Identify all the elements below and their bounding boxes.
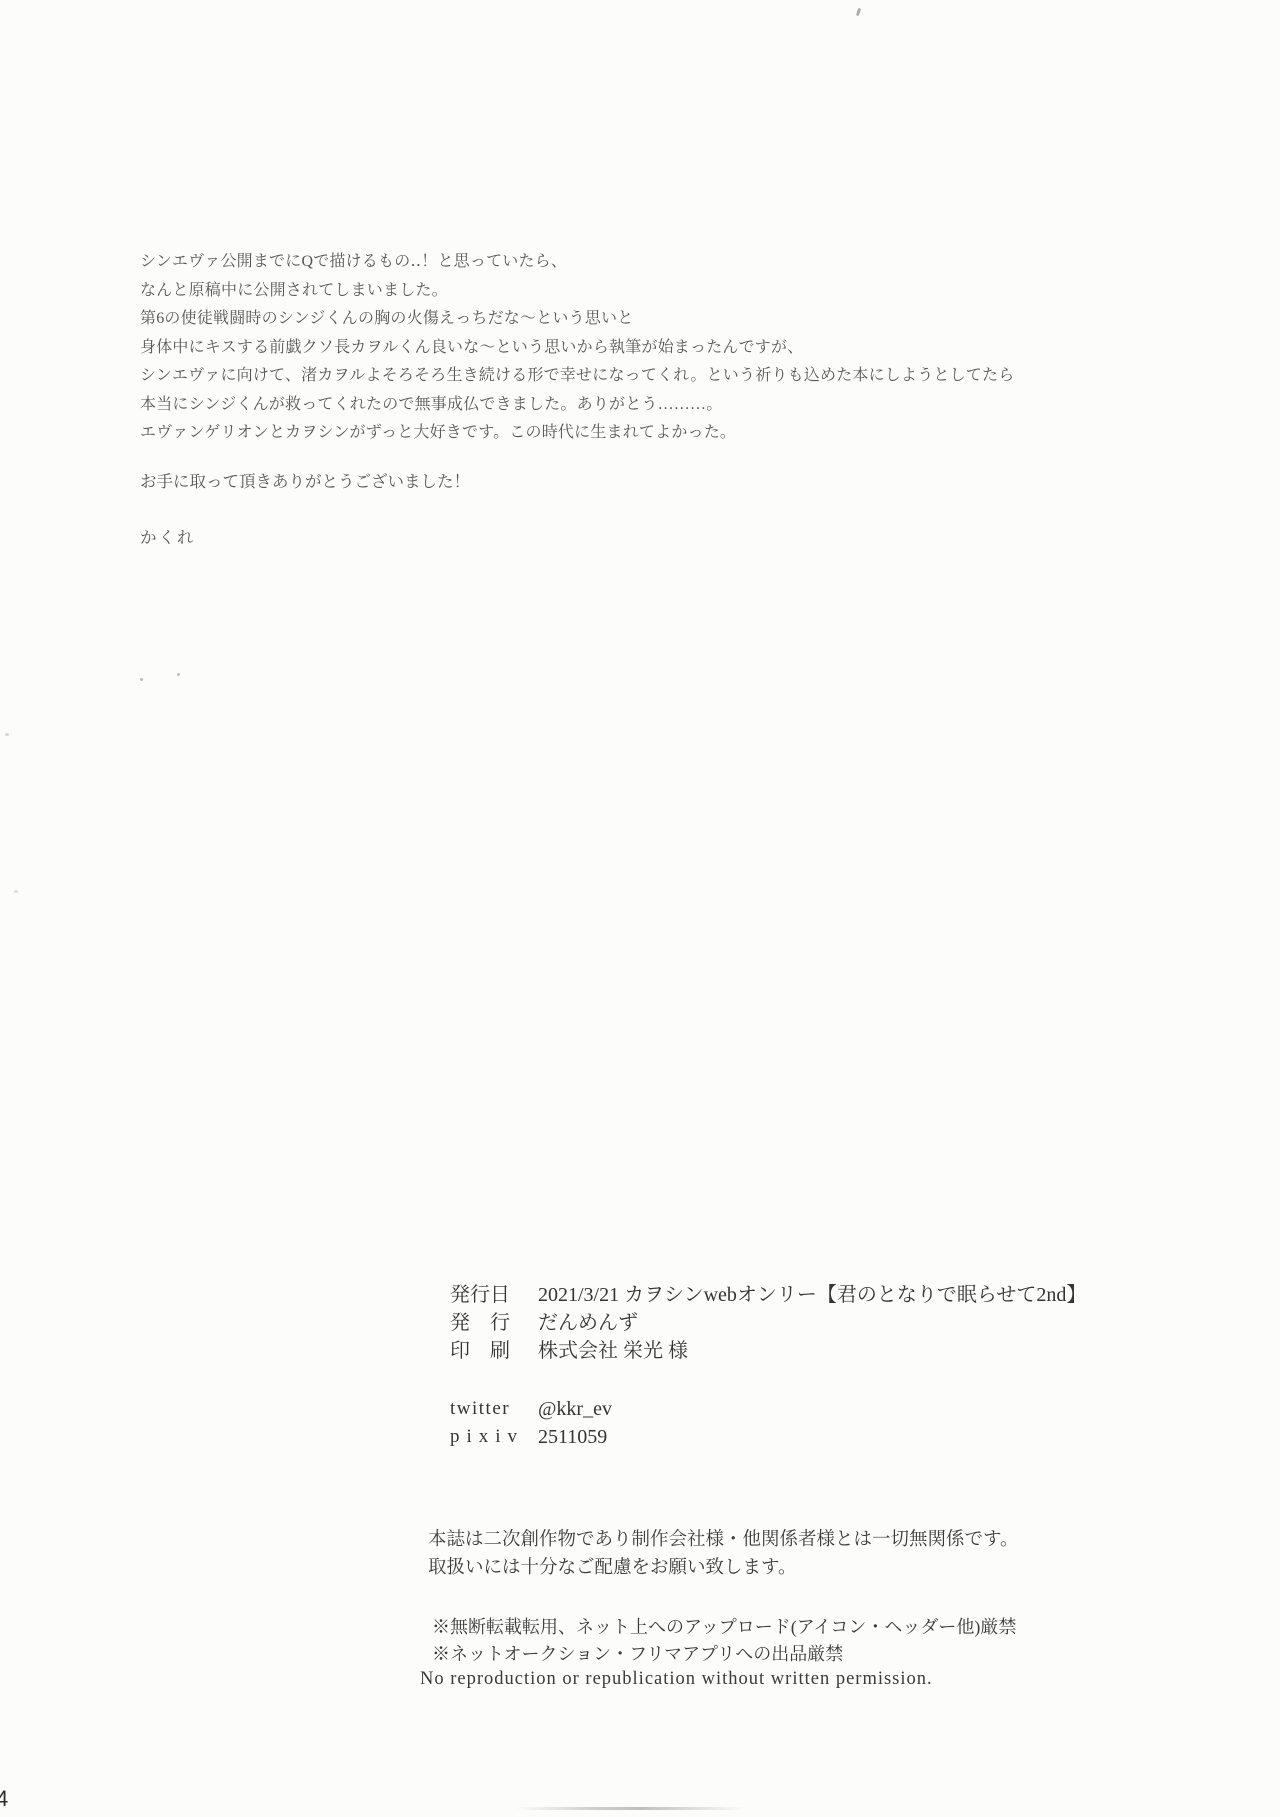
afterword-line: 本当にシンジくんが救ってくれたので無事成仏できました。ありがとう………。 [140, 391, 1014, 420]
twitter-label: twitter [450, 1395, 538, 1423]
afterword-line: シンエヴァ公開までにQで描けるもの‥！と思っていたら、 [140, 248, 1014, 277]
thanks-line: お手に取って頂きありがとうございました！ [140, 468, 470, 492]
publisher-value: だんめんず [538, 1309, 638, 1337]
afterword-line: なんと原稿中に公開されてしまいました。 [140, 277, 1014, 306]
scan-dot [140, 678, 143, 681]
afterword-text-block: シンエヴァ公開までにQで描けるもの‥！と思っていたら、 なんと原稿中に公開されて… [140, 248, 1014, 448]
twitter-handle: @kkr_ev [538, 1395, 612, 1423]
colophon-row-publisher: 発 行 だんめんず [450, 1309, 1086, 1337]
prohibition-line: ※無断転載転用、ネット上へのアップロード(アイコン・ヘッダー他)厳禁 [432, 1614, 1016, 1641]
afterword-line: 第6の使徒戦闘時のシンジくんの胸の火傷えっちだな～という思いと [140, 305, 1014, 334]
colophon-block: 発行日 2021/3/21 カヲシンwebオンリー【君のとなりで眠らせて2nd】… [450, 1281, 1086, 1451]
prohibition-block: ※無断転載転用、ネット上へのアップロード(アイコン・ヘッダー他)厳禁 ※ネットオ… [432, 1614, 1016, 1668]
pixiv-id: 2511059 [538, 1423, 607, 1451]
scan-smudge-bottom [515, 1807, 745, 1810]
scan-dot [177, 673, 180, 676]
contact-block: twitter @kkr_ev pixiv 2511059 [450, 1395, 1086, 1451]
contact-row-pixiv: pixiv 2511059 [450, 1423, 1086, 1451]
afterword-line: 身体中にキスする前戯クソ長カヲルくん良いな～という思いから執筆が始まったんですが… [140, 334, 1014, 363]
english-permission-note: No reproduction or republication without… [420, 1669, 933, 1690]
scan-speck-top-right [856, 8, 861, 17]
publish-date-value: 2021/3/21 カヲシンwebオンリー【君のとなりで眠らせて2nd】 [538, 1281, 1086, 1309]
prohibition-line: ※ネットオークション・フリマアプリへの出品厳禁 [432, 1641, 1016, 1668]
afterword-line: エヴァンゲリオンとカヲシンがずっと大好きです。この時代に生まれてよかった。 [140, 419, 1014, 448]
disclaimer-block: 本誌は二次創作物であり制作会社様・他関係者様とは一切無関係です。 取扱いには十分… [428, 1526, 1019, 1582]
publisher-label: 発 行 [450, 1309, 538, 1337]
printer-value: 株式会社 栄光 様 [538, 1337, 688, 1365]
author-name: かくれ [140, 524, 196, 548]
contact-row-twitter: twitter @kkr_ev [450, 1395, 1086, 1423]
disclaimer-line: 本誌は二次創作物であり制作会社様・他関係者様とは一切無関係です。 [428, 1526, 1019, 1554]
scan-speck-left-edge [5, 733, 9, 736]
pixiv-label: pixiv [450, 1423, 538, 1451]
colophon-row-publish-date: 発行日 2021/3/21 カヲシンwebオンリー【君のとなりで眠らせて2nd】 [450, 1281, 1086, 1309]
scan-speck-left-edge [14, 890, 18, 893]
afterword-line: シンエヴァに向けて、渚カヲルよそろそろ生き続ける形で幸せになってくれ。という祈り… [140, 362, 1014, 391]
scanned-doujinshi-afterword-page: シンエヴァ公開までにQで描けるもの‥！と思っていたら、 なんと原稿中に公開されて… [0, 0, 1280, 1817]
page-number: 4 [0, 1786, 8, 1812]
printer-label: 印 刷 [450, 1337, 538, 1365]
publish-date-label: 発行日 [450, 1281, 538, 1309]
colophon-row-printer: 印 刷 株式会社 栄光 様 [450, 1337, 1086, 1365]
disclaimer-line: 取扱いには十分なご配慮をお願い致します。 [428, 1554, 1019, 1582]
